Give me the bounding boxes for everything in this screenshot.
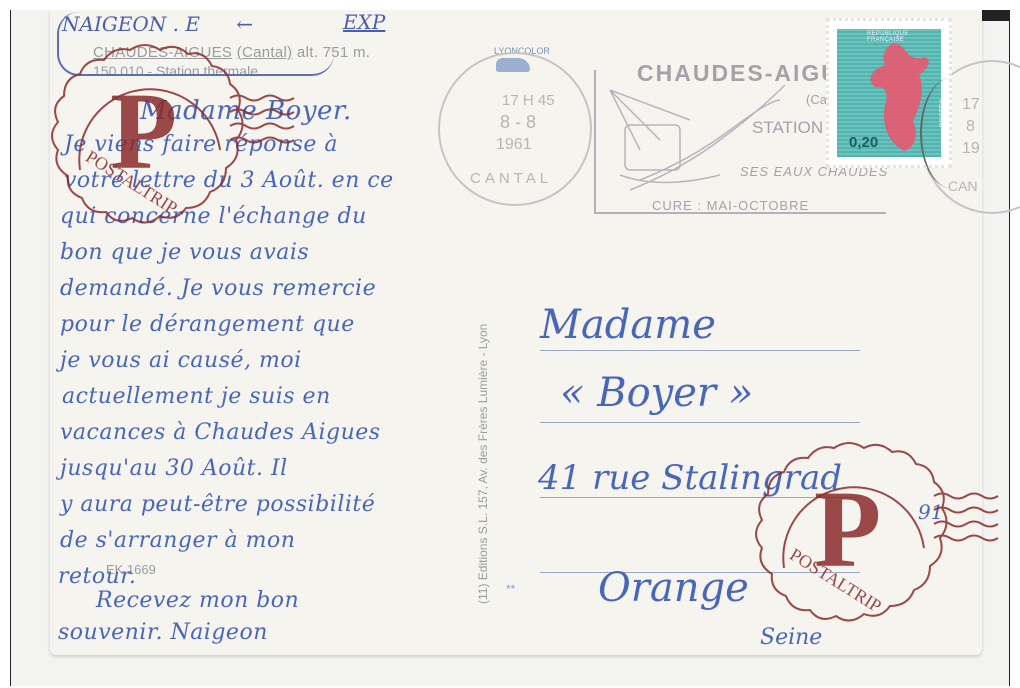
postmark-left-date: 8 - 8 xyxy=(500,112,536,133)
publisher-line: (11) Editions S.L. 157, Av. des Frères L… xyxy=(476,324,490,604)
sender-exp: EXP xyxy=(343,10,385,34)
address-line-2 xyxy=(540,422,860,423)
address-city: Orange xyxy=(598,565,749,611)
message-line: je vous ai causé, moi xyxy=(60,348,302,373)
stamp-value: 0,20 xyxy=(849,134,878,151)
message-line: actuellement je suis en xyxy=(62,384,331,409)
message-line: y aura peut-être possibilité xyxy=(60,492,375,517)
message-line: pour le dérangement que xyxy=(60,312,355,337)
scan-edge xyxy=(980,10,1010,21)
address-line-1 xyxy=(540,350,860,351)
postaltrip-watermark-1: P POSTALTRIP xyxy=(30,40,300,250)
address-recipient-title: Madame xyxy=(540,302,716,348)
postmark-cancel-arc xyxy=(920,78,982,188)
message-line: retour. xyxy=(58,564,136,589)
stars-mark: ** xyxy=(506,582,515,596)
message-line: vacances à Chaudes Aigues xyxy=(60,420,381,445)
postaltrip-watermark-2: P POSTALTRIP xyxy=(734,436,1004,656)
address-recipient-name: « Boyer » xyxy=(560,370,753,416)
flame-line3: CURE : MAI-OCTOBRE xyxy=(652,198,809,213)
postmark-left-year: 1961 xyxy=(496,136,532,154)
message-line: jusqu'au 30 Août. Il xyxy=(60,456,288,481)
message-line: souvenir. Naigeon xyxy=(58,620,268,645)
sender-note: NAIGEON . E ← xyxy=(62,12,253,36)
sender-name: NAIGEON . E xyxy=(62,12,200,36)
message-line: de s'arranger à mon xyxy=(60,528,295,553)
postmark-left-dept: CANTAL xyxy=(470,170,552,187)
message-line: Recevez mon bon xyxy=(96,588,299,613)
spring-illustration xyxy=(600,80,790,195)
arrow-left-icon: ← xyxy=(236,12,253,36)
message-line: demandé. Je vous remercie xyxy=(60,276,376,301)
postmark-left-time: 17 H 45 xyxy=(502,92,555,109)
